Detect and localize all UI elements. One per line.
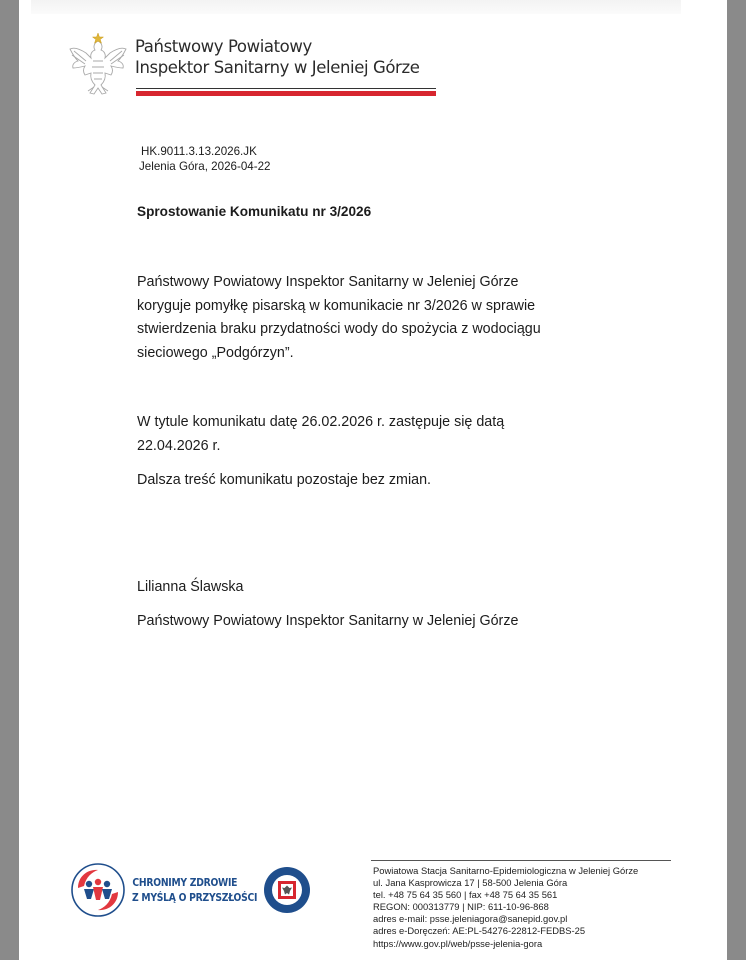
document-title: Sprostowanie Komunikatu nr 3/2026	[137, 204, 371, 219]
header-divider-red	[136, 91, 436, 96]
footer-regon-nip: REGON: 000313779 | NIP: 611-10-96-868	[373, 901, 638, 913]
header-title-line2: Inspektor Sanitarny w Jeleniej Górze	[135, 57, 419, 78]
footer-street-address: ul. Jana Kasprowicza 17 | 58-500 Jelenia…	[373, 877, 638, 889]
slogan-line1: CHRONIMY ZDROWIE	[132, 876, 238, 891]
footer-institution-name: Powiatowa Stacja Sanitarno-Epidemiologic…	[373, 865, 638, 877]
institution-header-title: Państwowy Powiatowy Inspektor Sanitarny …	[135, 36, 419, 78]
header-divider-dark	[136, 88, 436, 89]
document-reference: HK.9011.3.13.2026.JK Jelenia Góra, 2026-…	[139, 144, 270, 174]
chronimy-zdrowie-logo-icon	[70, 862, 126, 918]
slogan-line2: Z MYŚLĄ O PRZYSZŁOŚCI	[132, 891, 238, 906]
paragraph-line: stwierdzenia braku przydatności wody do …	[137, 318, 541, 342]
paragraph-remaining-unchanged: Dalsza treść komunikatu pozostaje bez zm…	[137, 469, 431, 493]
footer-website-link[interactable]: https://www.gov.pl/web/psse-jelenia-gora	[373, 938, 542, 949]
paragraph-line: 22.04.2026 r.	[137, 435, 504, 459]
signatory-role: Państwowy Powiatowy Inspektor Sanitarny …	[137, 610, 518, 634]
top-shadow-bar	[31, 0, 681, 14]
footer-contact-block: Powiatowa Stacja Sanitarno-Epidemiologic…	[373, 865, 638, 950]
footer-email[interactable]: adres e-mail: psse.jeleniagora@sanepid.g…	[373, 913, 638, 925]
paragraph-line: sieciowego „Podgórzyn”.	[137, 342, 541, 366]
case-number: HK.9011.3.13.2026.JK	[139, 144, 270, 159]
signatory-name: Lilianna Ślawska	[137, 576, 244, 600]
panstwowa-inspekcja-sanitarna-logo-icon	[263, 866, 311, 914]
paragraph-line: koryguje pomyłkę pisarską w komunikacie …	[137, 295, 541, 319]
footer-e-delivery-address: adres e-Doręczeń: AE:PL-54276-22812-FEDB…	[373, 925, 638, 937]
header-title-line1: Państwowy Powiatowy	[135, 36, 419, 57]
footer-phone-fax: tel. +48 75 64 35 560 | fax +48 75 64 35…	[373, 889, 638, 901]
place-date: Jelenia Góra, 2026-04-22	[139, 159, 270, 174]
paragraph-line: Państwowy Powiatowy Inspektor Sanitarny …	[137, 271, 541, 295]
polish-eagle-emblem-icon	[66, 31, 130, 99]
paragraph-correction: Państwowy Powiatowy Inspektor Sanitarny …	[137, 271, 541, 365]
campaign-slogan: CHRONIMY ZDROWIE Z MYŚLĄ O PRZYSZŁOŚCI	[132, 876, 238, 906]
footer-divider	[371, 860, 671, 861]
paragraph-line: W tytule komunikatu datę 26.02.2026 r. z…	[137, 411, 504, 435]
document-page: Państwowy Powiatowy Inspektor Sanitarny …	[19, 0, 727, 960]
paragraph-date-change: W tytule komunikatu datę 26.02.2026 r. z…	[137, 411, 504, 458]
